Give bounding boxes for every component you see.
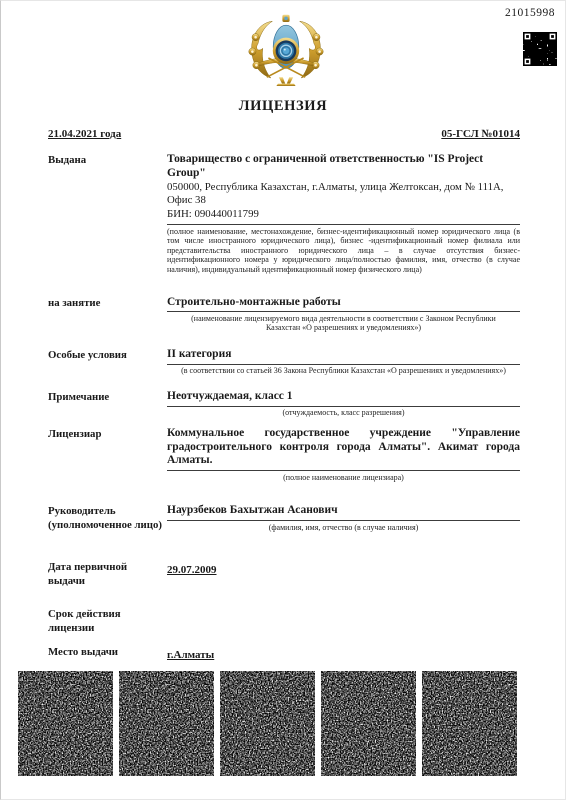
issue-place-label: Место выдачи — [48, 645, 167, 659]
noise-barcode-block — [119, 671, 214, 776]
special-conditions-value: II категория — [167, 348, 520, 362]
head-caption: (фамилия, имя, отчество (в случае наличи… — [175, 523, 513, 533]
first-issue-date-label: Дата первичной выдачи — [48, 560, 167, 588]
noise-barcode-block — [321, 671, 416, 776]
noise-barcode-block — [220, 671, 315, 776]
field-note: Примечание Неотчуждаемая, класс 1 (отчуж… — [48, 390, 520, 418]
issued-to-label: Выдана — [48, 153, 167, 167]
head-label: Руководитель (уполномоченное лицо) — [48, 504, 167, 532]
license-number: 05-ГСЛ №01014 — [441, 128, 520, 140]
field-issue-place: Место выдачи г.Алматы — [48, 645, 520, 663]
special-conditions-caption: (в соответствии со статьей 36 Закона Рес… — [175, 366, 513, 376]
licensor-value: Коммунальное государственное учреждение … — [167, 427, 520, 468]
licensee-name: Товарищество с ограниченной ответственно… — [167, 153, 520, 181]
field-activity: на занятие Строительно-монтажные работы … — [48, 296, 520, 333]
note-caption: (отчуждаемость, класс разрешения) — [175, 408, 513, 418]
serial-number: 21015998 — [505, 7, 555, 19]
barcode-strip — [18, 671, 517, 776]
note-value: Неотчуждаемая, класс 1 — [167, 390, 520, 404]
licensor-caption: (полное наименование лицензиара) — [175, 473, 513, 483]
activity-label: на занятие — [48, 296, 167, 310]
licensee-bin: БИН: 090440011799 — [167, 208, 520, 222]
noise-barcode-block — [422, 671, 517, 776]
licensee-address: 050000, Республика Казахстан, г.Алматы, … — [167, 181, 520, 209]
first-issue-date-value: 29.07.2009 — [167, 564, 217, 576]
field-licensor: Лицензиар Коммунальное государственное у… — [48, 427, 520, 482]
field-special-conditions: Особые условия II категория (в соответст… — [48, 348, 520, 376]
licensor-label: Лицензиар — [48, 427, 167, 441]
head-value: Наурзбеков Бахытжан Асанович — [167, 504, 520, 518]
field-head: Руководитель (уполномоченное лицо) Наурз… — [48, 504, 520, 532]
special-conditions-label: Особые условия — [48, 348, 167, 362]
document-body: 21.04.2021 года 05-ГСЛ №01014 Выдана Тов… — [48, 128, 520, 663]
activity-value: Строительно-монтажные работы — [167, 296, 520, 310]
issued-to-caption: (полное наименование, местонахождение, б… — [167, 224, 520, 274]
field-issued-to: Выдана Товарищество с ограниченной ответ… — [48, 153, 520, 275]
activity-caption: (наименование лицензируемого вида деятел… — [175, 314, 513, 333]
issue-date: 21.04.2021 года — [48, 128, 121, 140]
note-label: Примечание — [48, 390, 167, 404]
noise-barcode-block — [18, 671, 113, 776]
field-validity: Срок действия лицензии — [48, 607, 520, 635]
license-document: 21015998 — [0, 0, 566, 800]
document-title: ЛИЦЕНЗИЯ — [1, 98, 565, 115]
qr-code-icon — [521, 30, 559, 68]
kazakhstan-emblem-icon — [246, 12, 326, 88]
validity-label: Срок действия лицензии — [48, 607, 167, 635]
issue-place-value: г.Алматы — [167, 649, 214, 661]
field-first-issue-date: Дата первичной выдачи 29.07.2009 — [48, 560, 520, 588]
date-number-row: 21.04.2021 года 05-ГСЛ №01014 — [48, 128, 520, 140]
